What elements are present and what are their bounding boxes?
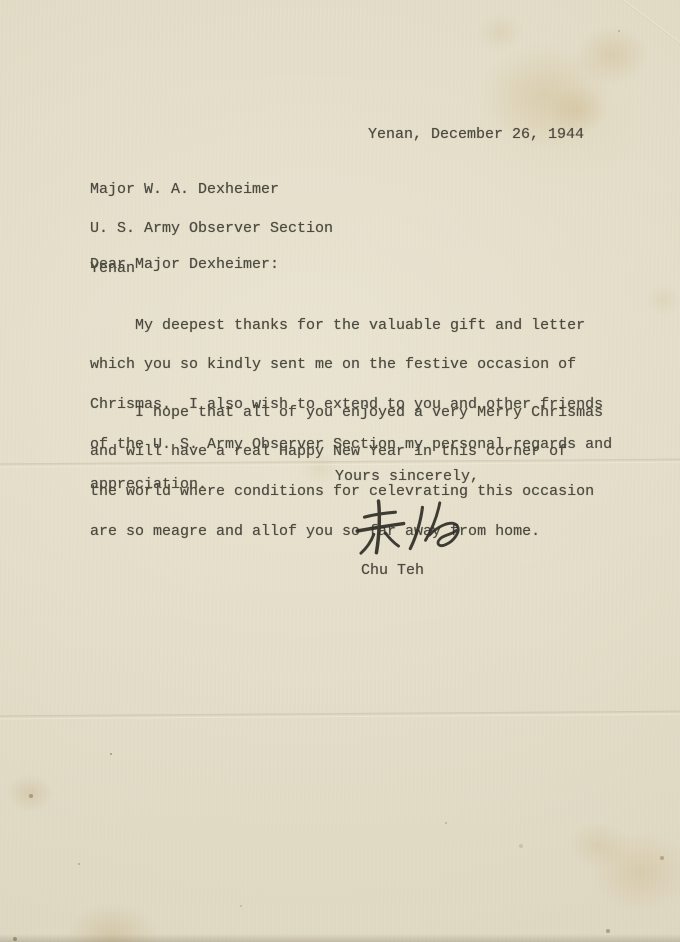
typed-signature-name: Chu Teh <box>361 564 424 577</box>
chu-teh-signature-icon <box>349 495 479 565</box>
closing-valediction: Yours sincerely, <box>335 470 479 483</box>
paragraph-line: I hope that all of you enjoyed a very Me… <box>90 406 603 419</box>
paragraph-line: and will have a real Happy New Year in t… <box>90 445 603 458</box>
fold-crease-lower <box>0 711 680 720</box>
recipient-address: Major W. A. Dexheimer U. S. Army Observe… <box>90 156 333 302</box>
paragraph-line: the world where conditions for celevrati… <box>90 485 603 498</box>
letter-page: Yenan, December 26, 1944 Major W. A. Dex… <box>0 0 680 942</box>
paper-specks <box>0 0 2 2</box>
corner-crease <box>591 0 680 62</box>
date-line: Yenan, December 26, 1944 <box>368 128 584 141</box>
recipient-unit: U. S. Army Observer Section <box>90 222 333 235</box>
paragraph-line: My deepest thanks for the valuable gift … <box>90 319 612 332</box>
paragraph-line: which you so kindly sent me on the festi… <box>90 358 612 371</box>
recipient-name: Major W. A. Dexheimer <box>90 183 333 196</box>
salutation: Dear Major Dexheimer: <box>90 258 279 271</box>
paragraph-line: are so meagre and allof you so far away … <box>90 525 603 538</box>
